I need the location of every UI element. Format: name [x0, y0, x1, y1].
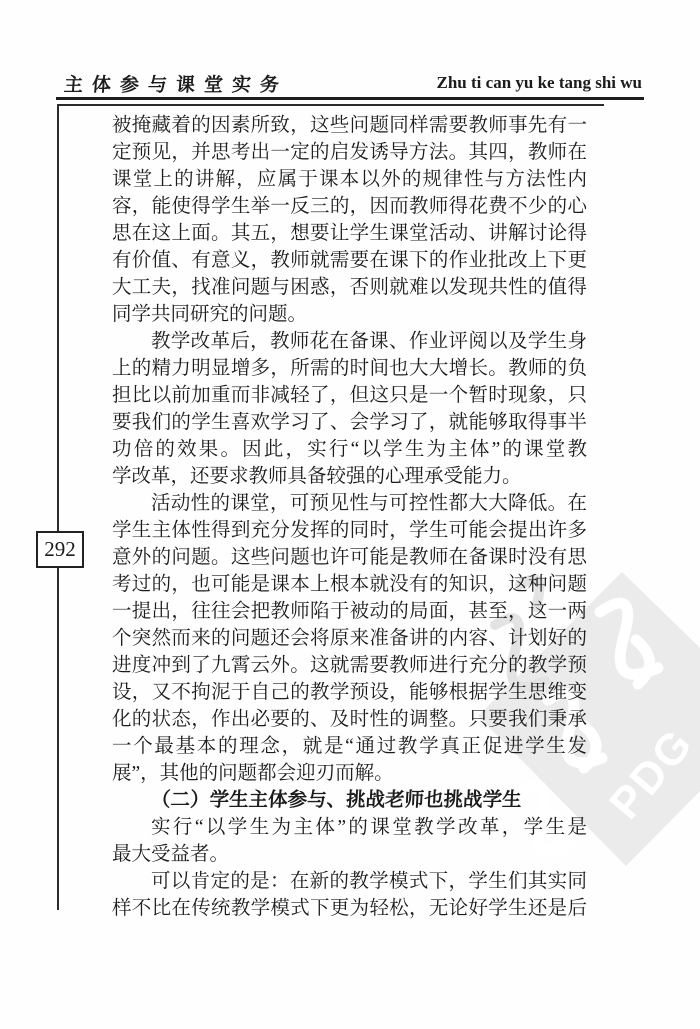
text-line: 个突然而来的问题还会将原来准备讲的内容、计划好的 — [112, 625, 587, 652]
text-line: 容，能使得学生举一反三的，因而教师得花费不少的心 — [112, 193, 587, 220]
text-line: 功倍的效果。因此，实行“以学生为主体”的课堂教 — [112, 436, 587, 463]
book-page: PDG 主体参与课堂实务 Zhu ti can yu ke tang shi w… — [0, 0, 700, 1029]
text-line: 一个最基本的理念，就是“通过教学真正促进学生发 — [112, 733, 587, 760]
text-line: 实行“以学生为主体”的课堂教学改革，学生是 — [112, 814, 587, 841]
body-text: 被掩藏着的因素所致，这些问题同样需要教师事先有一定预见，并思考出一定的启发诱导方… — [112, 112, 587, 922]
text-line: 活动性的课堂，可预见性与可控性都大大降低。在 — [112, 490, 587, 517]
text-line: 意外的问题。这些问题也许可能是教师在备课时没有思 — [112, 544, 587, 571]
text-line: 学生主体性得到充分发挥的同时，学生可能会提出许多 — [112, 517, 587, 544]
text-line: 上的精力明显增多，所需的时间也大大增长。教师的负 — [112, 355, 587, 382]
text-line: 被掩藏着的因素所致，这些问题同样需要教师事先有一 — [112, 112, 587, 139]
text-line: 同学共同研究的问题。 — [112, 301, 587, 328]
text-line: 一提出，往往会把教师陷于被动的局面，甚至，这一两 — [112, 598, 587, 625]
section-heading-line: （二）学生主体参与、挑战老师也挑战学生 — [111, 787, 587, 814]
content-frame-top-border — [57, 104, 604, 106]
text-line: 最大受益者。 — [112, 841, 587, 868]
text-line: 考过的，也可能是课本上根本就没有的知识，这种问题 — [112, 571, 587, 598]
text-line: 大工夫，找准问题与困惑，否则就难以发现共性的值得 — [112, 274, 587, 301]
text-line: 可以肯定的是：在新的教学模式下，学生们其实同 — [112, 868, 587, 895]
text-line: 进度冲到了九霄云外。这就需要教师进行充分的教学预 — [112, 652, 587, 679]
text-line: 设，又不拘泥于自己的教学预设，能够根据学生思维变 — [112, 679, 587, 706]
book-title-chinese: 主体参与课堂实务 — [63, 70, 289, 97]
text-line: 课堂上的讲解，应属于课本以外的规律性与方法性内 — [112, 166, 587, 193]
header-rule — [56, 97, 644, 100]
text-line: 样不比在传统教学模式下更为轻松，无论好学生还是后 — [112, 895, 587, 922]
text-line: 定预见，并思考出一定的启发诱导方法。其四，教师在 — [112, 139, 587, 166]
content-frame-left-border — [57, 104, 59, 910]
text-line: 教学改革后，教师花在备课、作业评阅以及学生身 — [112, 328, 587, 355]
text-line: 担比以前加重而非减轻了，但这只是一个暂时现象，只 — [112, 382, 587, 409]
text-line: 要我们的学生喜欢学习了、会学习了，就能够取得事半 — [112, 409, 587, 436]
text-line: 有价值、有意义，教师就需要在课下的作业批改上下更 — [112, 247, 587, 274]
watermark-pdg-label: PDG — [600, 719, 700, 828]
text-line: 化的状态，作出必要的、及时性的调整。只要我们秉承 — [112, 706, 587, 733]
page-number: 292 — [44, 537, 76, 562]
text-line: 学改革，还要求教师具备较强的心理承受能力。 — [112, 463, 587, 490]
text-line: 思在这上面。其五，想要让学生课堂活动、讲解讨论得 — [112, 220, 587, 247]
page-number-badge: 292 — [36, 531, 84, 568]
text-line: 展”，其他的问题都会迎刃而解。 — [112, 760, 587, 787]
book-title-pinyin: Zhu ti can yu ke tang shi wu — [437, 73, 642, 93]
